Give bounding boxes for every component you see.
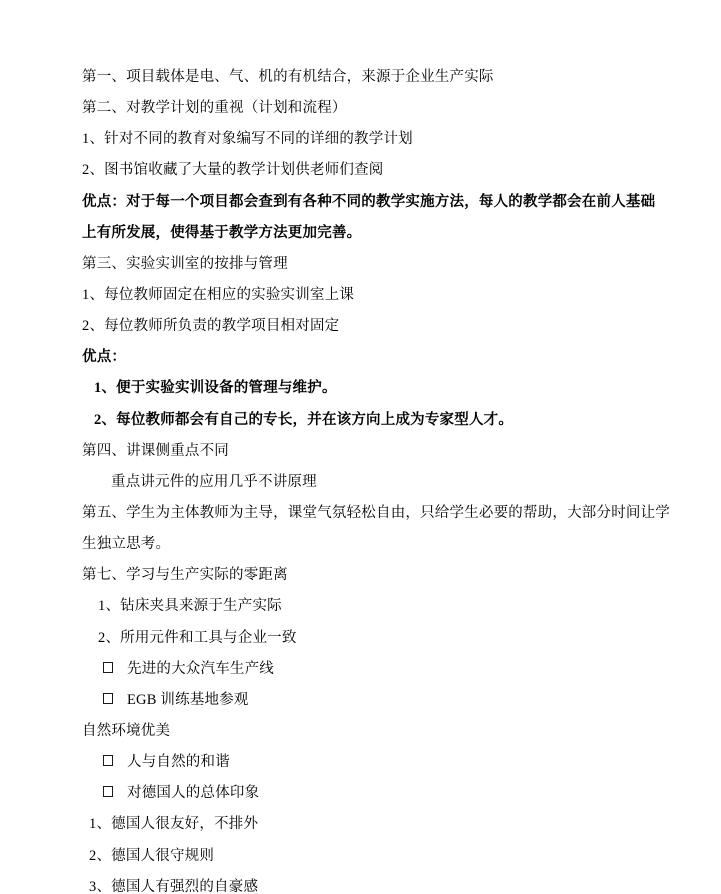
text-line: 第四、讲课侧重点不同	[82, 434, 653, 465]
checkbox-bullet-icon	[103, 693, 113, 704]
text-line: 自然环境优美	[82, 714, 653, 745]
text-line: 1、便于实验实训设备的管理与维护。	[82, 371, 653, 402]
checkbox-line: 人与自然的和谐	[82, 745, 653, 776]
line-text: 2、德国人很守规则	[89, 844, 214, 865]
text-line: 第七、学习与生产实际的零距离	[82, 558, 653, 589]
checkbox-bullet-icon	[103, 786, 113, 797]
line-text: EGB 训练基地参观	[127, 688, 249, 709]
text-line: 第三、实验实训室的按排与管理	[82, 247, 653, 278]
text-line: 第五、学生为主体教师为主导，课堂气氛轻松自由，只给学生必要的帮助，大部分时间让学	[82, 496, 653, 527]
line-text: 1、针对不同的教育对象编写不同的详细的教学计划	[82, 127, 413, 148]
checkbox-bullet-icon	[103, 662, 113, 673]
line-text: 对德国人的总体印象	[127, 781, 259, 802]
text-line: 1、每位教师固定在相应的实验实训室上课	[82, 278, 653, 309]
line-text: 2、所用元件和工具与企业一致	[98, 626, 297, 647]
line-text: 人与自然的和谐	[127, 750, 230, 771]
line-text: 1、便于实验实训设备的管理与维护。	[94, 376, 337, 397]
text-line: 2、德国人很守规则	[82, 839, 653, 870]
text-line: 1、针对不同的教育对象编写不同的详细的教学计划	[82, 122, 653, 153]
line-text: 生独立思考。	[82, 532, 170, 553]
line-text: 1、钻床夹具来源于生产实际	[98, 594, 282, 615]
text-line: 1、钻床夹具来源于生产实际	[82, 589, 653, 620]
line-text: 优点：	[82, 345, 126, 366]
line-text: 第七、学习与生产实际的零距离	[82, 563, 288, 584]
text-line: 第二、对教学计划的重视（计划和流程）	[82, 91, 653, 122]
line-text: 先进的大众汽车生产线	[127, 657, 274, 678]
line-text: 3、德国人有强烈的自豪感	[89, 875, 258, 894]
text-line: 2、每位教师所负责的教学项目相对固定	[82, 309, 653, 340]
document-page: 第一、项目载体是电、气、机的有机结合，来源于企业生产实际第二、对教学计划的重视（…	[0, 0, 721, 894]
text-line: 生独立思考。	[82, 527, 653, 558]
checkbox-line: 对德国人的总体印象	[82, 776, 653, 807]
document-body: 第一、项目载体是电、气、机的有机结合，来源于企业生产实际第二、对教学计划的重视（…	[82, 60, 653, 894]
line-text: 第三、实验实训室的按排与管理	[82, 252, 288, 273]
line-text: 优点：对于每一个项目都会查到有各种不同的教学实施方法，每人的教学都会在前人基础	[82, 190, 655, 211]
line-text: 2、每位教师都会有自己的专长，并在该方向上成为专家型人才。	[94, 408, 513, 429]
line-text: 第五、学生为主体教师为主导，课堂气氛轻松自由，只给学生必要的帮助，大部分时间让学	[82, 501, 670, 522]
text-line: 优点：	[82, 340, 653, 371]
text-line: 重点讲元件的应用几乎不讲原理	[82, 465, 653, 496]
checkbox-bullet-icon	[103, 755, 113, 766]
text-line: 2、每位教师都会有自己的专长，并在该方向上成为专家型人才。	[82, 403, 653, 434]
line-text: 第四、讲课侧重点不同	[82, 439, 229, 460]
line-text: 1、德国人很友好，不排外	[89, 812, 258, 833]
checkbox-line: 先进的大众汽车生产线	[82, 652, 653, 683]
line-text: 自然环境优美	[82, 719, 170, 740]
line-text: 2、图书馆收藏了大量的教学计划供老师们查阅	[82, 158, 383, 179]
text-line: 3、德国人有强烈的自豪感	[82, 870, 653, 894]
text-line: 2、图书馆收藏了大量的教学计划供老师们查阅	[82, 153, 653, 184]
line-text: 2、每位教师所负责的教学项目相对固定	[82, 314, 339, 335]
line-text: 重点讲元件的应用几乎不讲原理	[111, 470, 317, 491]
text-line: 优点：对于每一个项目都会查到有各种不同的教学实施方法，每人的教学都会在前人基础	[82, 185, 653, 216]
text-line: 2、所用元件和工具与企业一致	[82, 621, 653, 652]
text-line: 上有所发展，使得基于教学方法更加完善。	[82, 216, 653, 247]
line-text: 第二、对教学计划的重视（计划和流程）	[82, 96, 347, 117]
text-line: 1、德国人很友好，不排外	[82, 807, 653, 838]
line-text: 上有所发展，使得基于教学方法更加完善。	[82, 221, 361, 242]
checkbox-line: EGB 训练基地参观	[82, 683, 653, 714]
text-line: 第一、项目载体是电、气、机的有机结合，来源于企业生产实际	[82, 60, 653, 91]
line-text: 第一、项目载体是电、气、机的有机结合，来源于企业生产实际	[82, 65, 494, 86]
line-text: 1、每位教师固定在相应的实验实训室上课	[82, 283, 354, 304]
